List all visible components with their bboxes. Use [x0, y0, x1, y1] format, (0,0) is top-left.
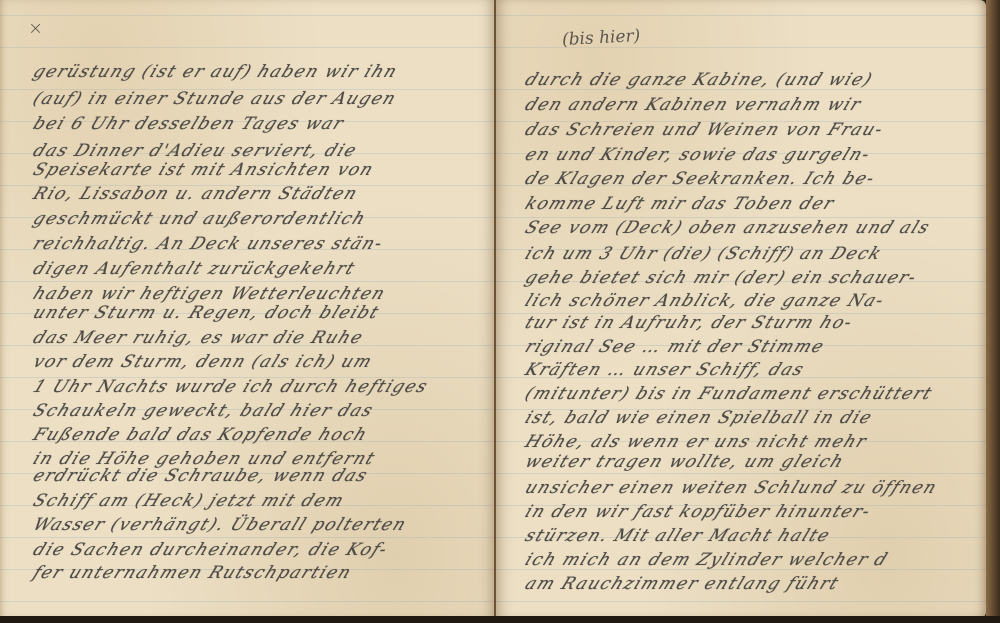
handwritten-line: haben wir heftigen Wetterleuchten: [30, 284, 389, 304]
handwritten-line: stürzen. Mit aller Macht halte: [522, 526, 834, 546]
handwritten-line: den andern Kabinen vernahm wir: [522, 95, 865, 115]
handwritten-line: bei 6 Uhr desselben Tages war: [30, 114, 348, 134]
left-page-text: gerüstung (ist er auf) haben wir ihn (au…: [0, 0, 495, 618]
handwritten-line: riginal See … mit der Stimme: [522, 337, 828, 357]
handwritten-line: durch die ganze Kabine, (und wie): [522, 70, 876, 90]
handwritten-line: en und Kinder, sowie das gurgeln-: [522, 145, 874, 165]
handwritten-line: Fußende bald das Kopfende hoch: [30, 425, 371, 445]
handwritten-line: ich mich an dem Zylinder welcher d: [522, 550, 891, 570]
handwritten-line: See vom (Deck) oben anzusehen und als: [522, 218, 933, 238]
handwritten-line: Wasser (verhängt). Überall polterten: [30, 515, 410, 535]
left-page: × gerüstung (ist er auf) haben wir ihn (…: [0, 0, 495, 618]
handwritten-line: Schaukeln geweckt, bald hier das: [30, 401, 377, 421]
handwritten-line: Rio, Lissabon u. andern Städten: [30, 184, 361, 204]
handwritten-line: Kräften … unser Schiff, das: [522, 360, 808, 380]
handwritten-line: de Klagen der Seekranken. Ich be-: [522, 169, 879, 189]
handwritten-line: weiter tragen wollte, um gleich: [522, 452, 848, 472]
handwritten-line: gerüstung (ist er auf) haben wir ihn: [30, 62, 401, 82]
handwritten-line: 1 Uhr Nachts wurde ich durch heftiges: [30, 377, 431, 397]
handwritten-line: unter Sturm u. Regen, doch bleibt: [30, 303, 383, 323]
handwritten-line: Speisekarte ist mit Ansichten von: [30, 160, 377, 180]
handwritten-line: erdrückt die Schraube, wenn das: [30, 466, 371, 486]
handwritten-line: ich um 3 Uhr (die) (Schiff) an Deck: [522, 244, 885, 264]
handwritten-line: ist, bald wie einen Spielball in die: [522, 408, 876, 428]
book-edge-right: [986, 0, 1000, 623]
handwritten-line: komme Luft mir das Toben der: [522, 194, 838, 214]
handwritten-line: digen Aufenthalt zurückgekehrt: [30, 259, 359, 279]
right-page: (bis hier) durch die ganze Kabine, (und …: [496, 0, 986, 618]
handwritten-line: tur ist in Aufruhr, der Sturm ho-: [522, 313, 856, 333]
handwritten-line: unsicher einen weiten Schlund zu öffnen: [522, 478, 941, 498]
right-page-text: durch die ganze Kabine, (und wie) den an…: [496, 0, 986, 618]
handwritten-line: das Schreien und Weinen von Frau-: [522, 120, 887, 140]
handwritten-line: die Sachen durcheinander, die Kof-: [30, 540, 391, 560]
handwritten-line: (mitunter) bis in Fundament erschüttert: [522, 384, 936, 404]
handwritten-line: vor dem Sturm, denn (als ich) um: [30, 352, 376, 372]
handwritten-line: lich schöner Anblick, die ganze Na-: [522, 291, 888, 311]
handwritten-line: geschmückt und außerordentlich: [30, 209, 370, 229]
handwritten-line: fer unternahmen Rutschpartien: [30, 563, 355, 583]
handwritten-line: gehe bietet sich mir (der) ein schauer-: [522, 268, 920, 288]
handwritten-line: das Meer ruhig, es war die Ruhe: [30, 328, 367, 348]
book-edge-bottom: [0, 616, 1000, 623]
handwritten-line: das Dinner d'Adieu serviert, die: [30, 141, 361, 161]
handwritten-line: reichhaltig. An Deck unseres stän-: [30, 234, 387, 254]
handwritten-line: in den wir fast kopfüber hinunter-: [522, 502, 874, 522]
notebook-spread: × gerüstung (ist er auf) haben wir ihn (…: [0, 0, 1000, 623]
handwritten-line: am Rauchzimmer entlang führt: [522, 574, 843, 594]
handwritten-line: Schiff am (Heck) jetzt mit dem: [30, 491, 348, 511]
handwritten-line: (auf) in einer Stunde aus der Augen: [30, 89, 400, 109]
handwritten-line: Höhe, als wenn er uns nicht mehr: [522, 432, 871, 452]
